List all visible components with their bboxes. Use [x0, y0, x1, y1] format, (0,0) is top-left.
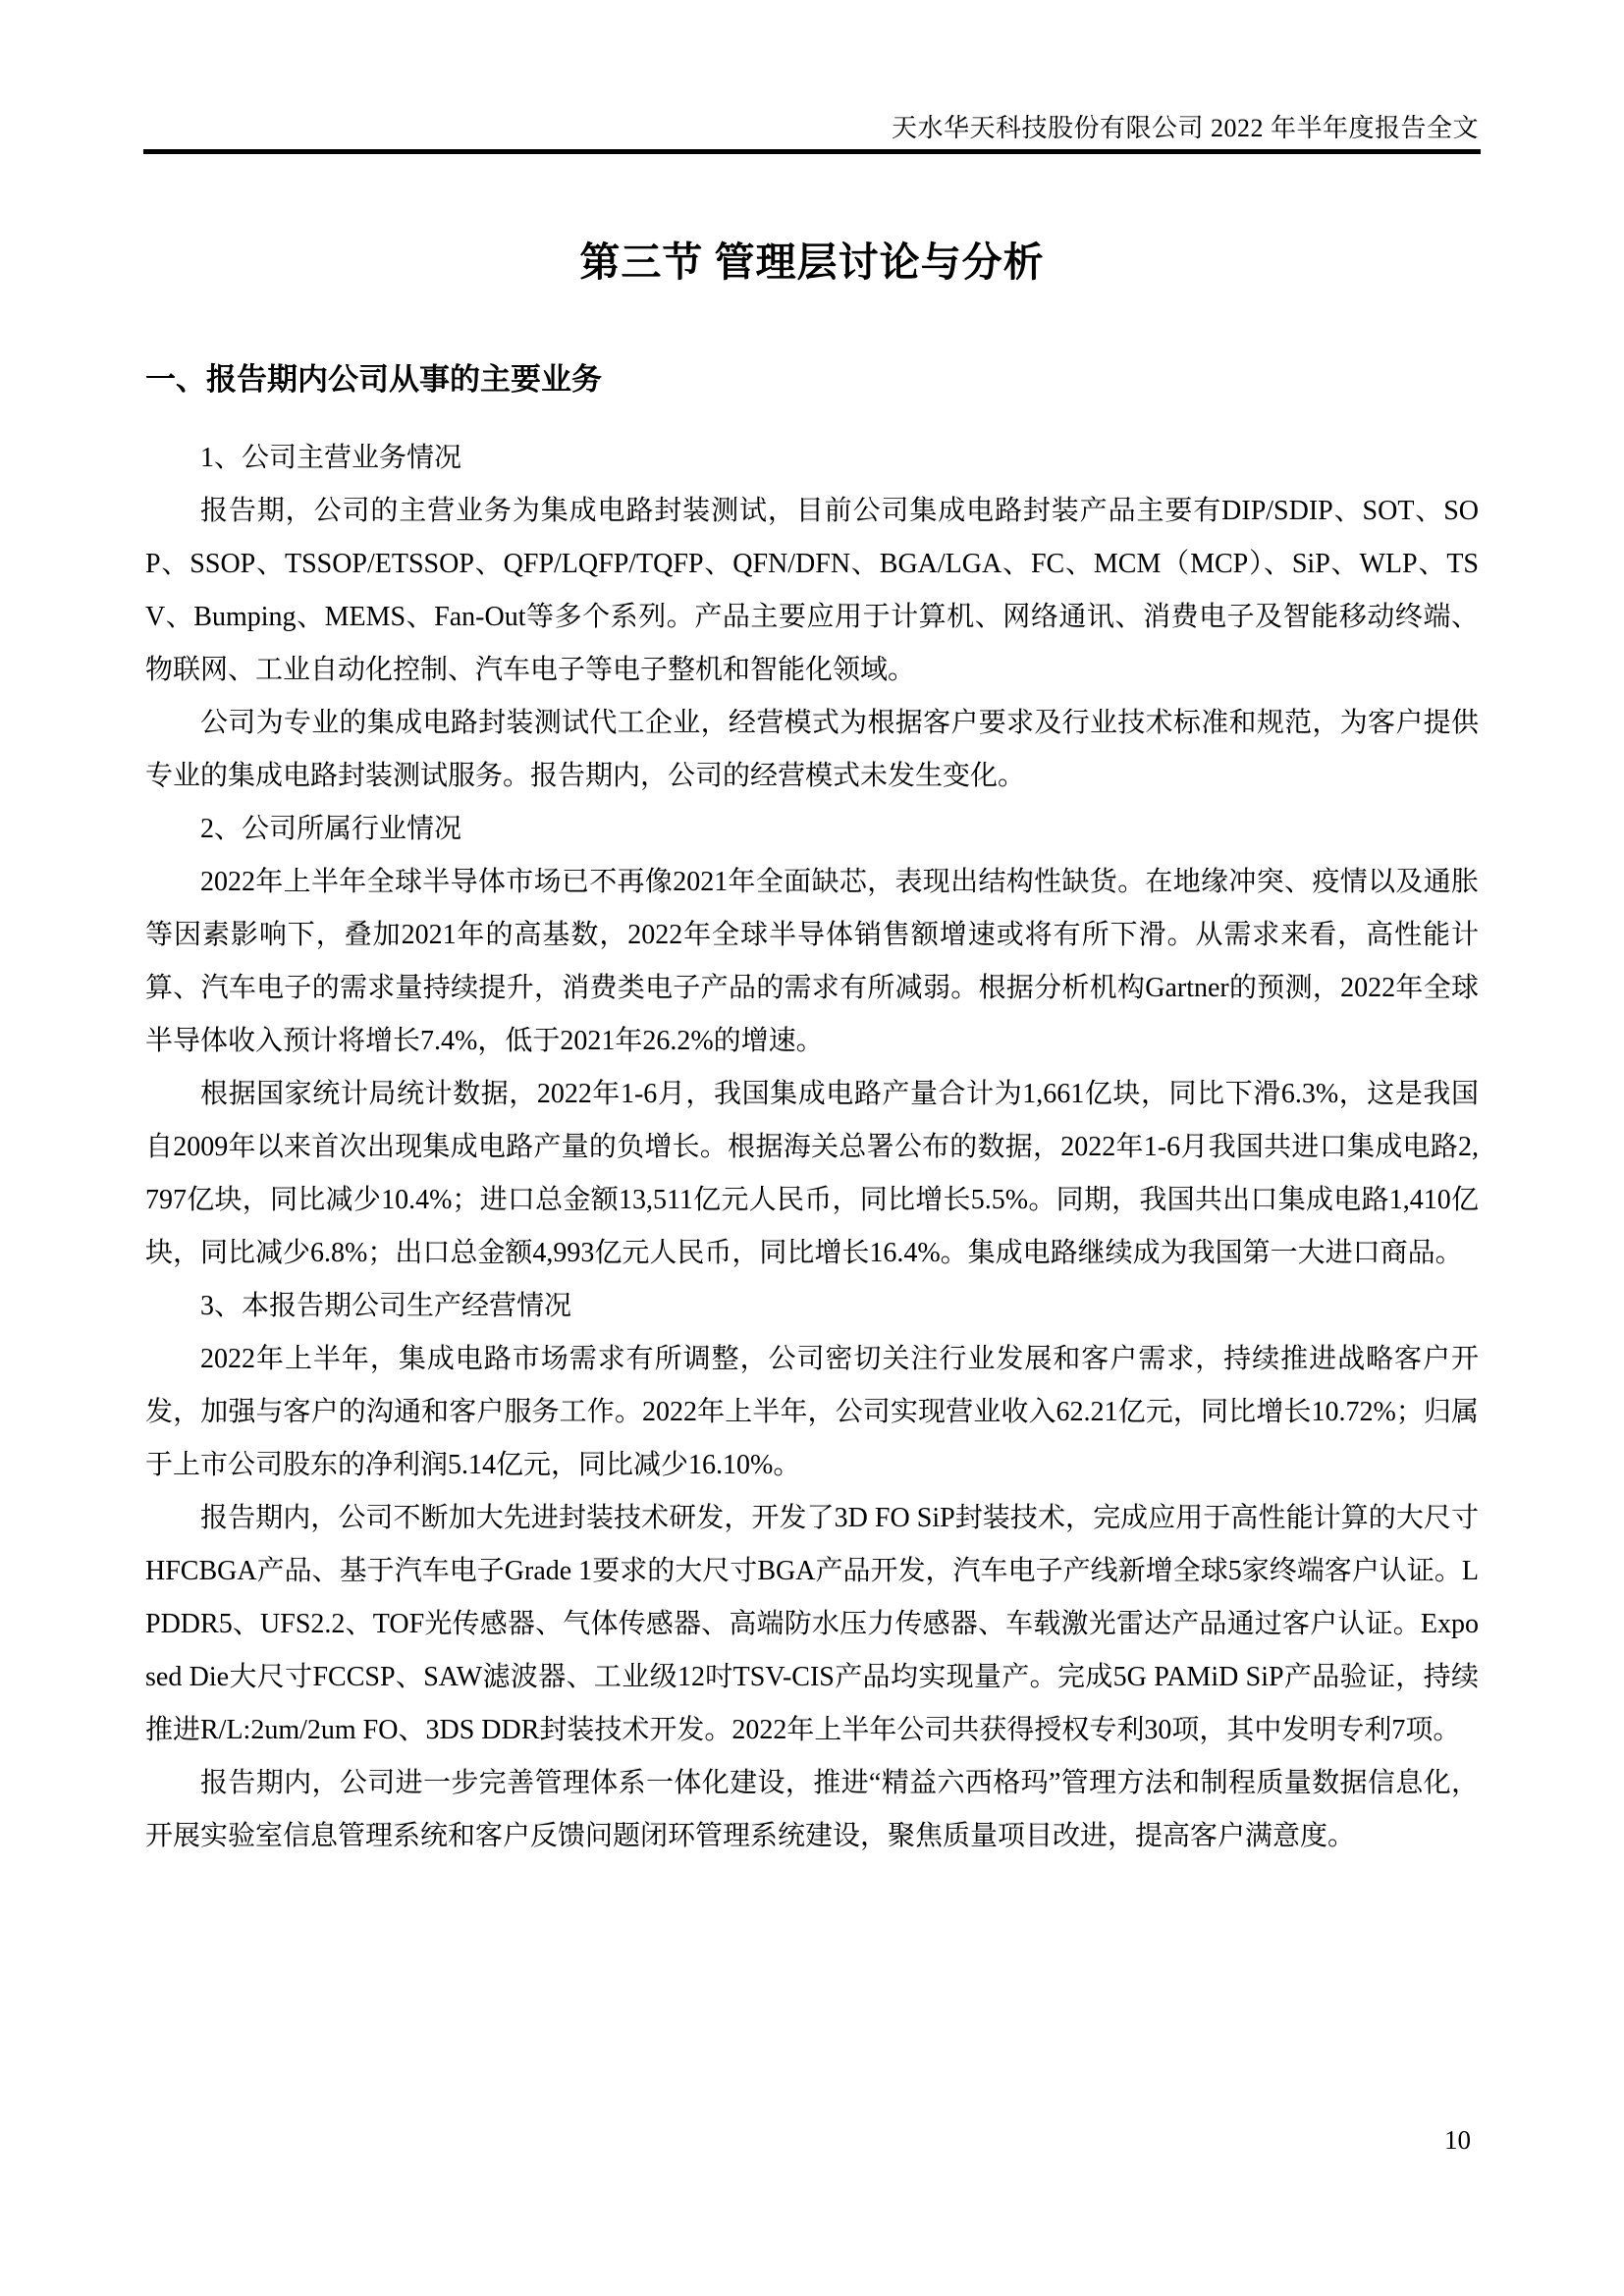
- report-page: 天水华天科技股份有限公司 2022 年半年度报告全文 第三节 管理层讨论与分析 …: [0, 0, 1624, 2296]
- subsection-heading: 3、本报告期公司生产经营情况: [145, 1280, 1479, 1333]
- paragraph: 报告期内，公司进一步完善管理体系一体化建设，推进“精益六西格玛”管理方法和制程质…: [145, 1757, 1479, 1863]
- paragraph: 报告期内，公司不断加大先进封装技术研发，开发了3D FO SiP封装技术，完成应…: [145, 1492, 1479, 1757]
- page-title: 第三节 管理层讨论与分析: [145, 238, 1479, 287]
- paragraph: 报告期，公司的主营业务为集成电路封装测试，目前公司集成电路封装产品主要有DIP/…: [145, 485, 1479, 697]
- page-number: 10: [145, 2123, 1471, 2157]
- body-text: 1、公司主营业务情况 报告期，公司的主营业务为集成电路封装测试，目前公司集成电路…: [145, 432, 1479, 1863]
- paragraph: 2022年上半年，集成电路市场需求有所调整，公司密切关注行业发展和客户需求，持续…: [145, 1333, 1479, 1492]
- paragraph: 根据国家统计局统计数据，2022年1-6月，我国集成电路产量合计为1,661亿块…: [145, 1068, 1479, 1280]
- subsection-heading: 2、公司所属行业情况: [145, 803, 1479, 856]
- page-content: 第三节 管理层讨论与分析 一、报告期内公司从事的主要业务 1、公司主营业务情况 …: [145, 0, 1479, 1863]
- paragraph: 公司为专业的集成电路封装测试代工企业，经营模式为根据客户要求及行业技术标准和规范…: [145, 697, 1479, 803]
- section-heading: 一、报告期内公司从事的主要业务: [145, 359, 1479, 400]
- subsection-heading: 1、公司主营业务情况: [145, 432, 1479, 485]
- paragraph: 2022年上半年全球半导体市场已不再像2021年全面缺芯，表现出结构性缺货。在地…: [145, 856, 1479, 1068]
